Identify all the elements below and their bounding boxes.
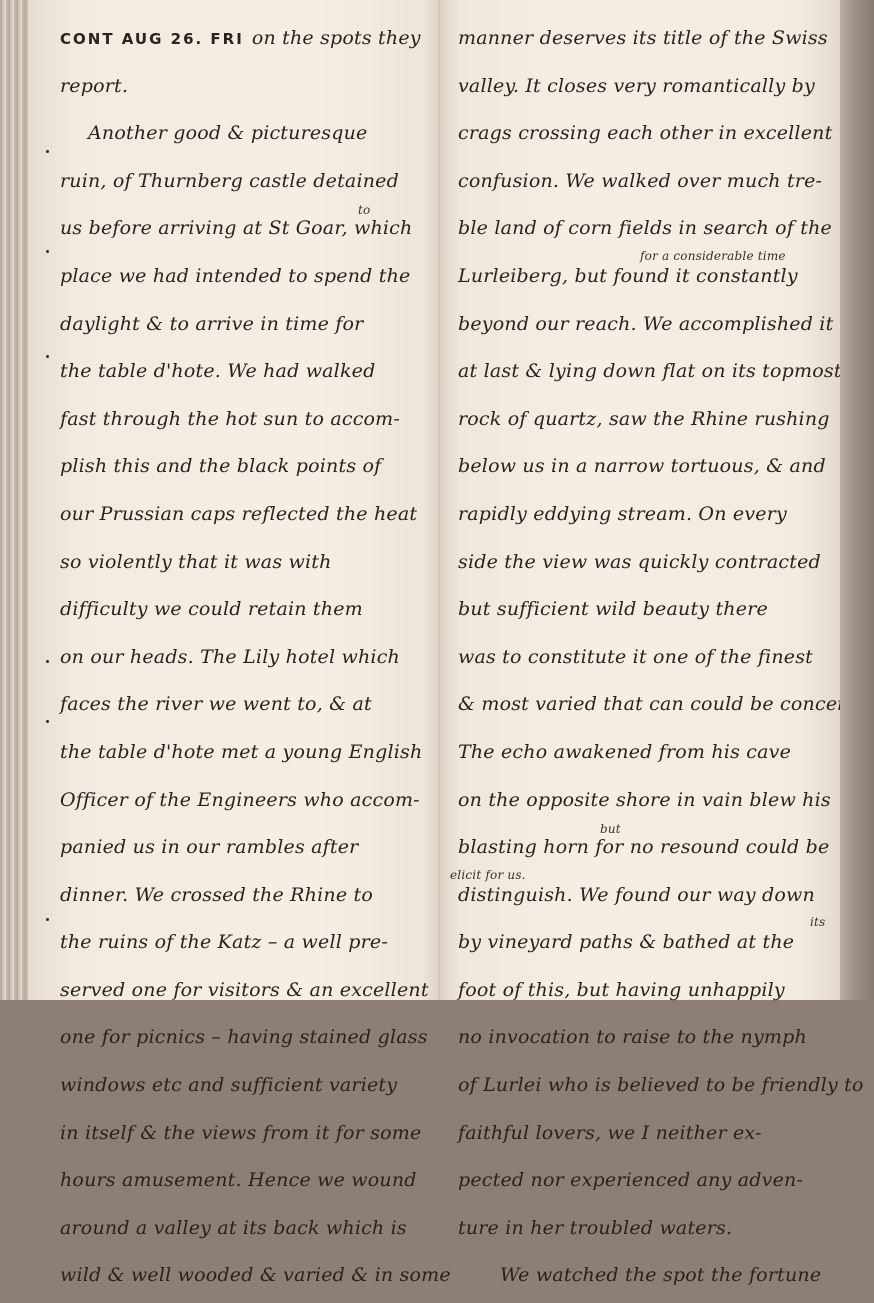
text-line: & most varied that can could be conceive… <box>440 684 840 732</box>
right-page-text: manner deserves its title of the Swiss v… <box>440 18 840 1000</box>
line-text: blasting horn for no resound could be <box>458 836 829 858</box>
line-text: rock of quartz, saw the Rhine rushing <box>458 408 830 430</box>
line-text: daylight & to arrive in time for <box>60 313 363 335</box>
text-line: panied us in our rambles after <box>28 827 440 875</box>
text-line: our Prussian caps reflected the heat <box>28 494 440 542</box>
line-text: distinguish. We found our way down <box>458 884 815 906</box>
line-text: valley. It closes very romantically by <box>458 75 815 97</box>
line-text: but sufficient wild beauty there <box>458 598 768 620</box>
text-line: side the view was quickly contracted <box>440 542 840 590</box>
text-line: at last & lying down flat on its topmost <box>440 351 840 399</box>
line-text: foot of this, but having unhappily <box>458 979 785 1000</box>
line-text: dinner. We crossed the Rhine to <box>60 884 373 906</box>
line-text: faces the river we went to, & at <box>60 693 372 715</box>
text-line: served one for visitors & an excellent <box>28 970 440 1000</box>
line-text: on the spots they <box>252 27 421 49</box>
line-text: ruin, of Thurnberg castle detained <box>60 170 399 192</box>
line-text: so violently that it was with <box>60 551 332 573</box>
line-text: us before arriving at St Goar, which <box>60 217 412 239</box>
insertion-note: elicit for us. <box>450 869 526 881</box>
text-line: CONT AUG 26. FRIon the spots they <box>28 18 440 66</box>
line-text: was to constitute it one of the finest <box>458 646 813 668</box>
line-text: fast through the hot sun to accom- <box>60 408 400 430</box>
entry-heading: CONT AUG 26. FRI <box>60 30 244 48</box>
journal-spread: CONT AUG 26. FRIon the spots they report… <box>0 0 874 1000</box>
text-line: manner deserves its title of the Swiss <box>440 18 840 66</box>
text-line: report. <box>28 66 440 114</box>
line-text: the table d'hote. We had walked <box>60 360 375 382</box>
text-line: valley. It closes very romantically by <box>440 66 840 114</box>
text-line: The echo awakened from his cave <box>440 732 840 780</box>
insertion-note: but <box>600 823 621 835</box>
line-text: difficulty we could retain them <box>60 598 363 620</box>
text-line: the table d'hote met a young English <box>28 732 440 780</box>
text-line: daylight & to arrive in time for <box>28 304 440 352</box>
line-text: the ruins of the Katz – a well pre- <box>60 931 388 953</box>
text-line: for a considerable time Lurleiberg, but … <box>440 256 840 304</box>
text-line: foot of this, but having unhappily <box>440 970 840 1000</box>
text-line: fast through the hot sun to accom- <box>28 399 440 447</box>
text-line: on the opposite shore in vain blew his <box>440 780 840 828</box>
left-page-text: CONT AUG 26. FRIon the spots they report… <box>28 18 440 1000</box>
text-line: the ruins of the Katz – a well pre- <box>28 922 440 970</box>
line-text: Officer of the Engineers who accom- <box>60 789 420 811</box>
line-text: confusion. We walked over much tre- <box>458 170 822 192</box>
text-line: rock of quartz, saw the Rhine rushing <box>440 399 840 447</box>
insertion-note: to <box>358 204 370 216</box>
line-text: on the opposite shore in vain blew his <box>458 789 831 811</box>
line-text: The echo awakened from his cave <box>458 741 791 763</box>
line-text: below us in a narrow tortuous, & and <box>458 455 826 477</box>
text-line: ruin, of Thurnberg castle detained <box>28 161 440 209</box>
text-line: to us before arriving at St Goar, which <box>28 208 440 256</box>
line-text: Lurleiberg, but found it constantly <box>458 265 798 287</box>
line-text: at last & lying down flat on its topmost <box>458 360 842 382</box>
book-cover-edge <box>840 0 874 1000</box>
text-line: on our heads. The Lily hotel which <box>28 637 440 685</box>
line-text: manner deserves its title of the Swiss <box>458 27 828 49</box>
text-line: elicit for us. distinguish. We found our… <box>440 875 840 923</box>
text-line: place we had intended to spend the <box>28 256 440 304</box>
line-text: on our heads. The Lily hotel which <box>60 646 400 668</box>
text-line: the table d'hote. We had walked <box>28 351 440 399</box>
line-text: Another good & picturesque <box>88 122 368 144</box>
text-line: dinner. We crossed the Rhine to <box>28 875 440 923</box>
insertion-note: for a considerable time <box>640 250 786 262</box>
text-line: faces the river we went to, & at <box>28 684 440 732</box>
line-text: rapidly eddying stream. On every <box>458 503 787 525</box>
right-page: manner deserves its title of the Swiss v… <box>440 0 840 1000</box>
text-line: crags crossing each other in excellent <box>440 113 840 161</box>
text-line: Officer of the Engineers who accom- <box>28 780 440 828</box>
line-text: & most varied that can could be conceive… <box>458 693 874 715</box>
line-text: ble land of corn fields in search of the <box>458 217 832 239</box>
text-line: its by vineyard paths & bathed at the <box>440 922 840 970</box>
line-text: place we had intended to spend the <box>60 265 410 287</box>
text-line: beyond our reach. We accomplished it <box>440 304 840 352</box>
line-text: our Prussian caps reflected the heat <box>60 503 417 525</box>
text-line: but sufficient wild beauty there <box>440 589 840 637</box>
line-text: the table d'hote met a young English <box>60 741 422 763</box>
left-page: CONT AUG 26. FRIon the spots they report… <box>26 0 440 1000</box>
text-line: was to constitute it one of the finest <box>440 637 840 685</box>
line-text: served one for visitors & an excellent <box>60 979 429 1000</box>
insertion-note: its <box>810 916 825 928</box>
text-line: Another good & picturesque <box>28 113 440 161</box>
text-line: so violently that it was with <box>28 542 440 590</box>
line-text: side the view was quickly contracted <box>458 551 821 573</box>
line-text: by vineyard paths & bathed at the <box>458 931 794 953</box>
text-line: plish this and the black points of <box>28 446 440 494</box>
text-line: difficulty we could retain them <box>28 589 440 637</box>
text-line: confusion. We walked over much tre- <box>440 161 840 209</box>
text-line: rapidly eddying stream. On every <box>440 494 840 542</box>
line-text: beyond our reach. We accomplished it <box>458 313 833 335</box>
line-text: plish this and the black points of <box>60 455 381 477</box>
line-text: report. <box>60 75 128 97</box>
text-line: below us in a narrow tortuous, & and <box>440 446 840 494</box>
line-text: panied us in our rambles after <box>60 836 358 858</box>
line-text: crags crossing each other in excellent <box>458 122 832 144</box>
